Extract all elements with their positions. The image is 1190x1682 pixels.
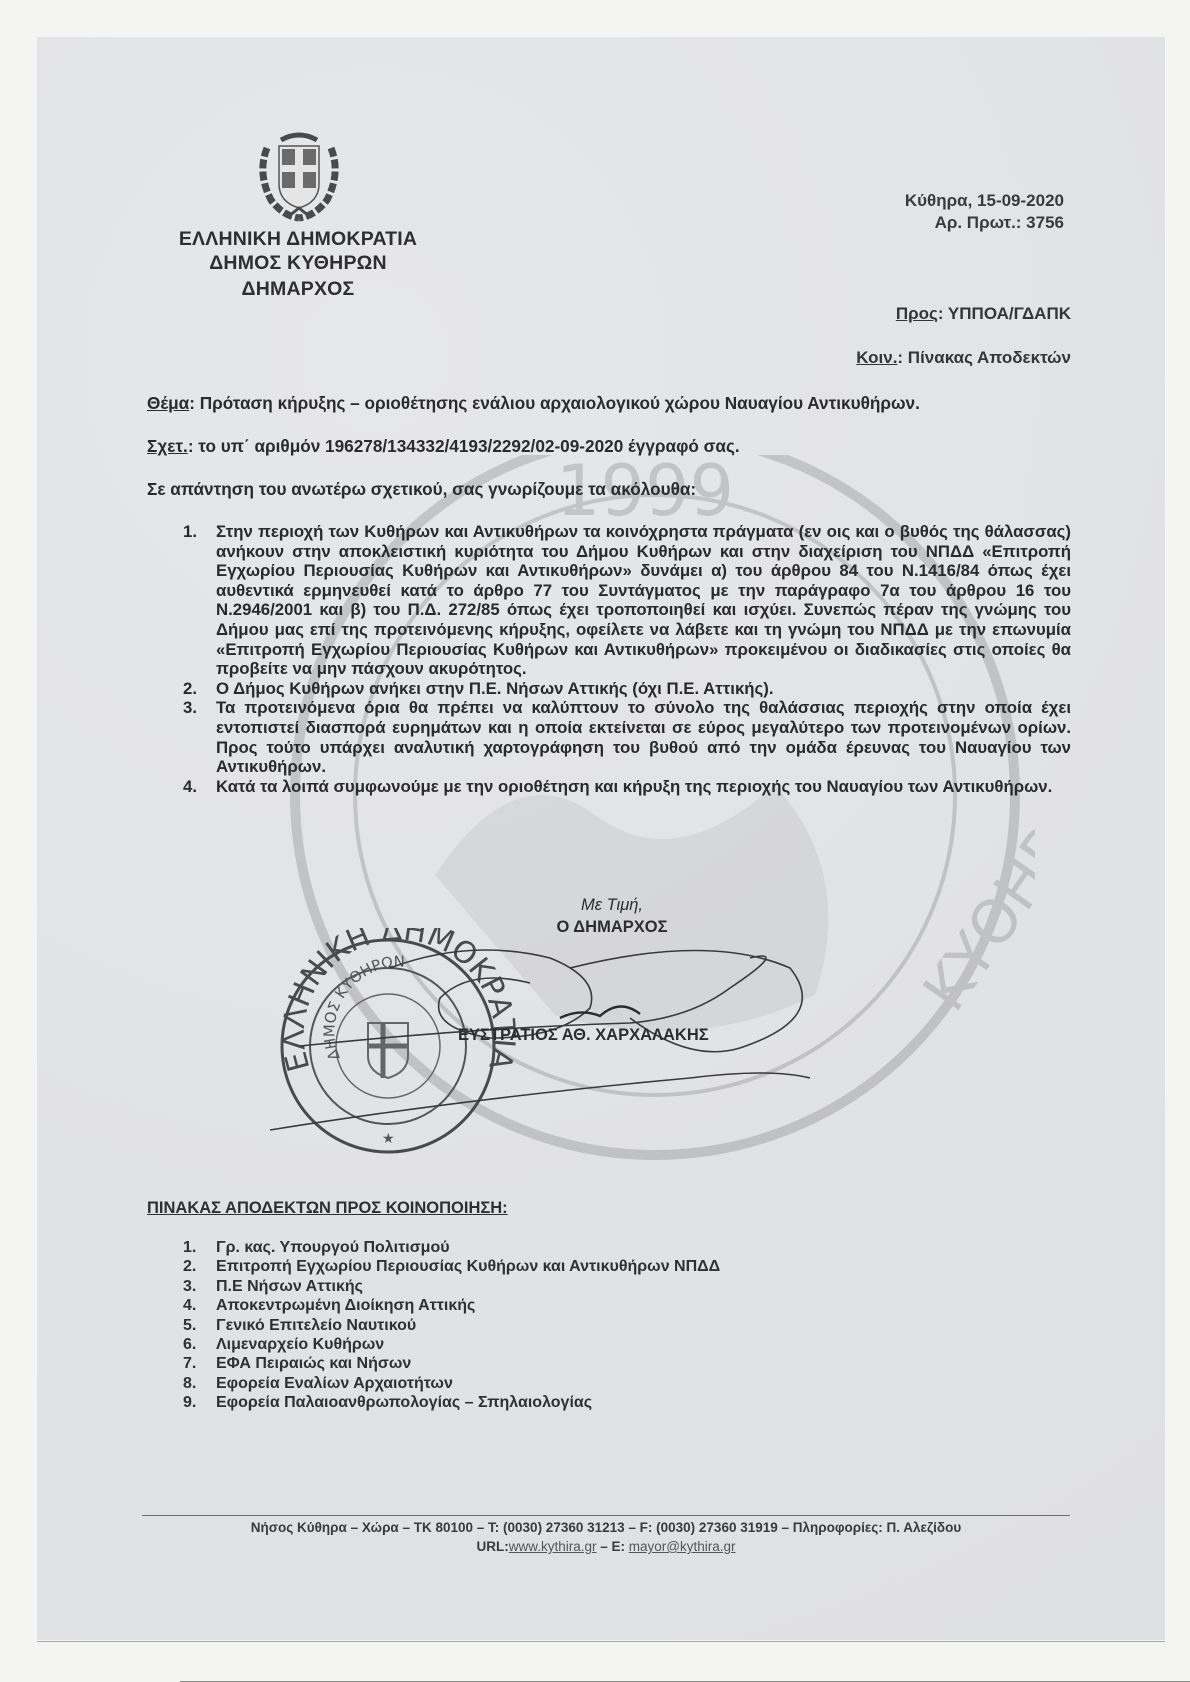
point-text: Κατά τα λοιπά συμφωνούμε με την οριοθέτη… [216, 777, 1071, 797]
intro-line: Σε απάντηση του ανωτέρω σχετικού, σας γν… [147, 479, 696, 500]
list-item: 3. Τα προτεινόμενα όρια θα πρέπει να καλ… [183, 698, 1071, 776]
reference-line: Σχετ.: το υπ΄ αριθμόν 196278/134332/4193… [147, 436, 740, 457]
point-text: Τα προτεινόμενα όρια θα πρέπει να καλύπτ… [216, 698, 1071, 776]
subject-line: Θέμα: Πρόταση κήρυξης – οριοθέτησης ενάλ… [147, 393, 920, 414]
cc-line: Κοιν.: Πίνακας Αποδεκτών [856, 348, 1071, 368]
list-item: 3.Π.Ε Νήσων Αττικής [183, 1277, 720, 1296]
point-text: Στην περιοχή των Κυθήρων και Αντικυθήρων… [216, 522, 1071, 679]
footer-divider [142, 1515, 1070, 1516]
subject-value: : Πρόταση κήρυξης – οριοθέτησης ενάλιου … [189, 393, 920, 413]
list-item: 4. Κατά τα λοιπά συμφωνούμε με την οριοθ… [183, 777, 1071, 797]
list-item: 2. Ο Δήμος Κυθήρων ανήκει στην Π.Ε. Νήσω… [183, 679, 1071, 699]
list-item: 5.Γενικό Επιτελείο Ναυτικού [183, 1316, 720, 1335]
list-item: 4.Αποκεντρωμένη Διοίκηση Αττικής [183, 1296, 720, 1315]
svg-text:★: ★ [382, 1131, 395, 1147]
signatory-name: ΕΥΣΤΡΑΤΙΟΣ ΑΘ. ΧΑΡΧΑΛΑΚΗΣ [458, 1026, 709, 1045]
to-value: : ΥΠΠΟΑ/ΓΔΑΠΚ [938, 304, 1071, 323]
list-item: 1.Γρ. κας. Υπουργού Πολιτισμού [183, 1238, 720, 1257]
list-item: 8.Εφορεία Εναλίων Αρχαιοτήτων [183, 1374, 720, 1393]
cc-label: Κοιν. [856, 348, 897, 367]
point-text: Ο Δήμος Κυθήρων ανήκει στην Π.Ε. Νήσων Α… [216, 679, 1071, 699]
place-date: Κύθηρα, 15-09-2020 [905, 190, 1064, 212]
footer-web: URL:www.kythira.gr – E: mayor@kythira.gr [142, 1539, 1070, 1554]
greek-coat-of-arms-icon [253, 128, 345, 224]
protocol-number: Αρ. Πρωτ.: 3756 [905, 212, 1064, 234]
list-item: 9.Εφορεία Παλαιοανθρωπολογίας – Σπηλαιολ… [183, 1393, 720, 1412]
cc-value: : Πίνακας Αποδεκτών [897, 348, 1071, 367]
list-item: 2.Επιτροπή Εγχωρίου Περιουσίας Κυθήρων κ… [183, 1257, 720, 1276]
list-item: 1. Στην περιοχή των Κυθήρων και Αντικυθή… [183, 522, 1071, 679]
date-protocol-block: Κύθηρα, 15-09-2020 Αρ. Πρωτ.: 3756 [905, 190, 1064, 234]
recipients-list: 1.Γρ. κας. Υπουργού Πολιτισμού 2.Επιτροπ… [183, 1238, 720, 1413]
header-office: ΔΗΜΑΡΧΟΣ [168, 278, 428, 301]
email-link[interactable]: mayor@kythira.gr [629, 1539, 736, 1554]
points-list: 1. Στην περιοχή των Κυθήρων και Αντικυθή… [183, 522, 1071, 796]
to-label: Προς [896, 304, 938, 323]
reference-label: Σχετ. [147, 436, 188, 456]
recipients-title: ΠΙΝΑΚΑΣ ΑΠΟΔΕΚΤΩΝ ΠΡΟΣ ΚΟΙΝΟΠΟΙΗΣΗ: [147, 1199, 508, 1218]
footer-contact: Νήσος Κύθηρα – Χώρα – ΤΚ 80100 – Τ: (003… [142, 1520, 1070, 1535]
list-item: 7.ΕΦΑ Πειραιώς και Νήσων [183, 1354, 720, 1373]
reference-value: : το υπ΄ αριθμόν 196278/134332/4193/2292… [188, 436, 740, 456]
header-municipality: ΔΗΜΟΣ ΚΥΘΗΡΩΝ [168, 252, 428, 275]
scan-edge [37, 1641, 1165, 1642]
header-country: ΕΛΛΗΝΙΚΗ ΔΗΜΟΚΡΑΤΙΑ [168, 228, 428, 251]
recipient-line: Προς: ΥΠΠΟΑ/ΓΔΑΠΚ [896, 304, 1071, 324]
closing: Με Τιμή, [512, 896, 712, 915]
list-item: 6.Λιμεναρχείο Κυθήρων [183, 1335, 720, 1354]
website-link[interactable]: www.kythira.gr [509, 1539, 597, 1554]
subject-label: Θέμα [147, 393, 189, 413]
